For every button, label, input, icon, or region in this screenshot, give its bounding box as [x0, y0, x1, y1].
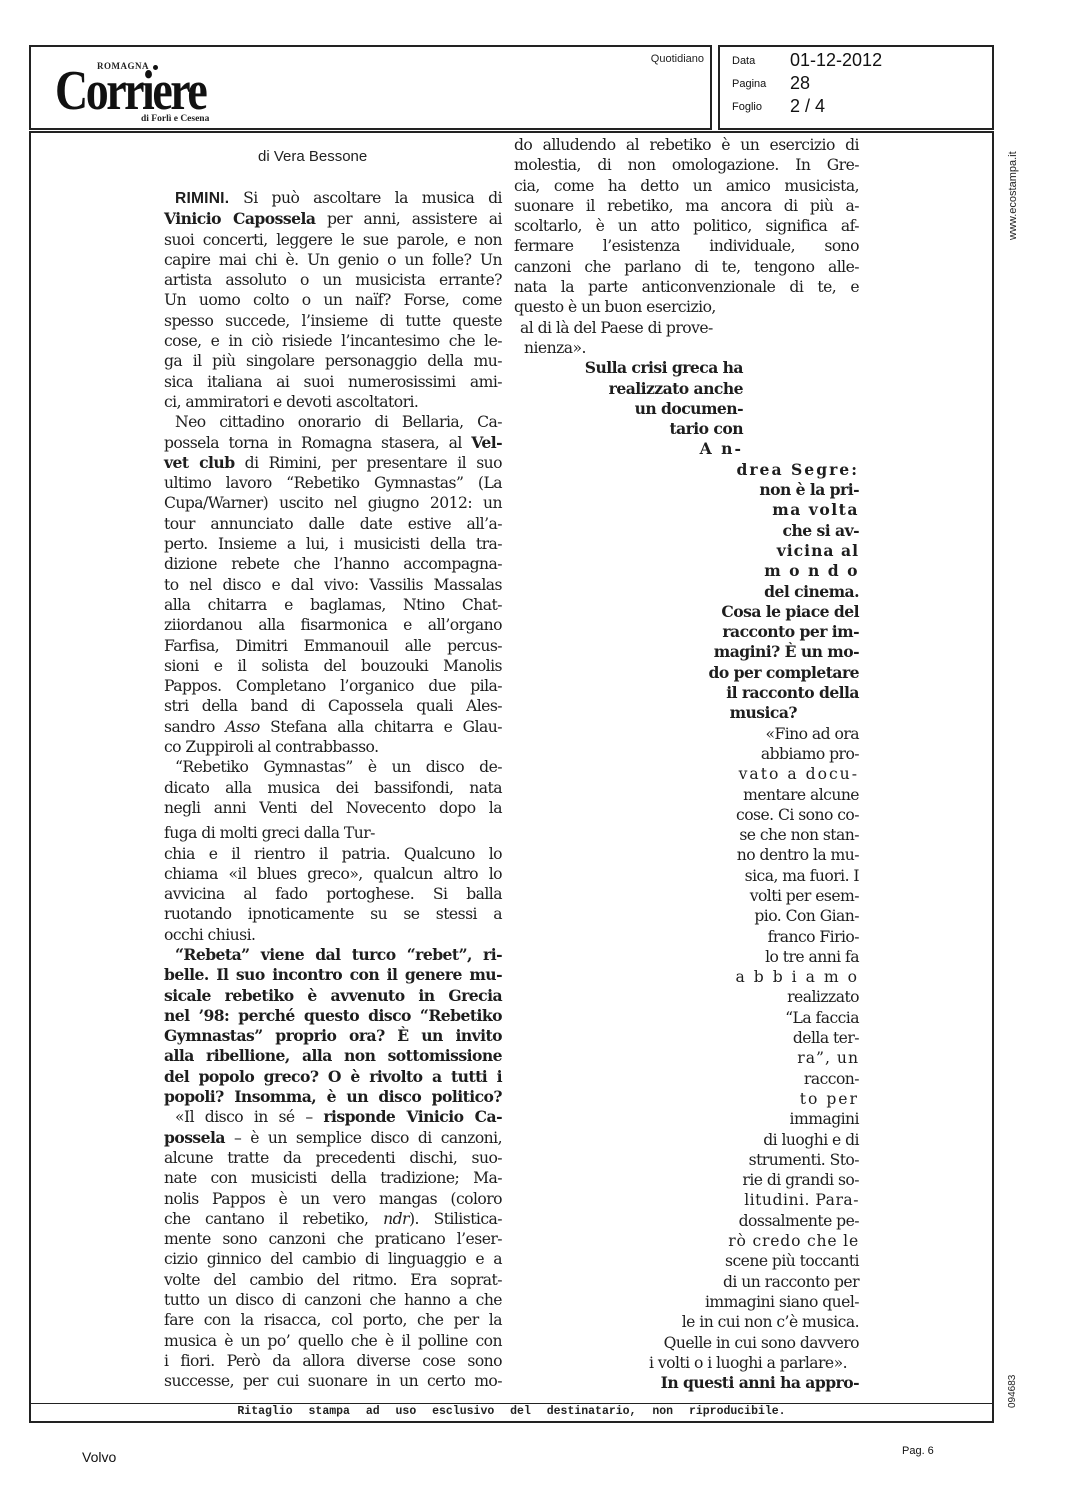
text-line: rò credo che le — [514, 1231, 859, 1251]
text-line: to nel disco e dal vivo: Vassilis Massal… — [164, 575, 502, 595]
text-line: artista assoluto o un musicista errante? — [164, 270, 502, 290]
question-line: Gymnastas” proprio ora? È un invito — [164, 1026, 502, 1046]
article-column-2: do alludendo al rebetiko è un esercizio … — [514, 135, 859, 1393]
text-line: abbiamo pro- — [514, 744, 859, 764]
text-line: ga il più singolare personaggio della mu… — [164, 351, 502, 371]
question-line: realizzato anche — [514, 379, 743, 399]
text-line: dossalmente pe- — [514, 1211, 859, 1231]
text-line: scoltarlo, è un atto politico, significa… — [514, 216, 859, 236]
text-line: Neo cittadino onorario di Bellaria, Ca- — [164, 412, 502, 432]
text-line: mente sono canzoni che praticano l’eser- — [164, 1229, 502, 1249]
side-code: 094683 — [1007, 1375, 1018, 1408]
text-line: chiama «il blues greco», qualcun altro l… — [164, 864, 502, 884]
text-line: pio. Con Gian- — [514, 906, 859, 926]
logo-main: Corriere — [55, 63, 205, 119]
text-line: canzoni che parlano di te, tengono alle- — [514, 257, 859, 277]
text-line: fuga di molti greci dalla Tur- — [164, 823, 502, 843]
text-line: sica, ma fuori. I — [514, 866, 859, 886]
meta-sheet: Foglio2 / 4 — [732, 96, 825, 117]
text-line: a b b i a m o — [514, 967, 859, 987]
text-line: volte del cambio del ritmo. Era soprat- — [164, 1270, 502, 1290]
text-line: possela – è un semplice disco di canzoni… — [164, 1128, 502, 1148]
logo-dot-icon — [153, 65, 158, 70]
text-line: possela torna in Romagna stasera, al Vel… — [164, 433, 502, 453]
clipping-notice: Ritaglio stampa ad uso esclusivo del des… — [31, 1403, 992, 1421]
text-line: raccon- — [514, 1069, 859, 1089]
question-line: drea Segre: — [514, 460, 859, 480]
text-line: litudini. Para- — [514, 1190, 859, 1210]
text-line: stri della band di Capossela quali Ales- — [164, 696, 502, 716]
text-line: i fiori. Però da allora diverse cose son… — [164, 1351, 502, 1371]
text-line: ra”, un — [514, 1048, 859, 1068]
text-line: cose, e in ciò risiede l’incantesimo che… — [164, 331, 502, 351]
text-line: molestia, di non omologazione. In Gre- — [514, 155, 859, 175]
text-line: franco Firio- — [514, 927, 859, 947]
meta-box: Data01-12-2012 Pagina28 Foglio2 / 4 — [718, 45, 994, 130]
question-line: ma volta — [514, 500, 859, 520]
text-line: «Il disco in sé – risponde Vinicio Ca- — [164, 1107, 502, 1127]
text-line: di un racconto per — [514, 1272, 859, 1292]
newspaper-logo: Corriere ROMAGNA di Forlì e Cesena — [55, 59, 255, 129]
text-line: alcune tratte da precedenti dischi, suo- — [164, 1148, 502, 1168]
text-line: vet club di Rimini, per presentare il su… — [164, 453, 502, 473]
text-line: perto. Insieme a lui, i musicisti della … — [164, 534, 502, 554]
text-line: Cupa/Warner) uscito nel giugno 2012: un — [164, 493, 502, 513]
publication-type: Quotidiano — [651, 53, 704, 65]
text-line: “La faccia — [514, 1008, 859, 1028]
question-line: musica? — [514, 703, 859, 723]
text-line: cizio ginnico del cambio di linguaggio e… — [164, 1249, 502, 1269]
article-column-1: RIMINI. Si può ascoltare la musica di Vi… — [164, 188, 502, 1392]
text-line: Quelle in cui sono davvero — [514, 1333, 859, 1353]
text-line: mentare alcune — [514, 785, 859, 805]
text-line: rie di grandi so- — [514, 1170, 859, 1190]
masthead-box: Corriere ROMAGNA di Forlì e Cesena Quoti… — [29, 45, 712, 130]
question-line: do per completare — [514, 663, 859, 683]
text-line: volti per esem- — [514, 886, 859, 906]
text-line: alla chitarra e baglamas, Ntino Chat- — [164, 595, 502, 615]
question-line: del cinema. — [514, 582, 859, 602]
text-line: dicato alla musica dei bassifondi, nata — [164, 778, 502, 798]
meta-date: Data01-12-2012 — [732, 50, 882, 71]
question-line: che si av- — [514, 521, 859, 541]
text-line: successe, per cui suonare in un certo mo… — [164, 1371, 502, 1391]
text-line: fermare l’esistenza individuale, sono — [514, 236, 859, 256]
question-line: A n- — [514, 439, 743, 459]
question-line: Cosa le piace del — [514, 602, 859, 622]
text-line: RIMINI. Si può ascoltare la musica di — [164, 188, 502, 209]
byline: di Vera Bessone — [258, 148, 367, 165]
text-line: questo è un buon esercizio, — [514, 297, 859, 317]
text-line: Vinicio Capossela per anni, assistere ai — [164, 209, 502, 229]
question-line: “Rebeta” viene dal turco “rebet”, ri- — [164, 945, 502, 965]
question-line: belle. Il suo incontro con il genere mu- — [164, 965, 502, 985]
text-line: ci, ammiratori e devoti ascoltatori. — [164, 392, 502, 412]
text-line: do alludendo al rebetiko è un esercizio … — [514, 135, 859, 155]
question-line: alla ribellione, alla non sottomissione — [164, 1046, 502, 1066]
question-line: racconto per im- — [514, 622, 859, 642]
page-number: Pag. 6 — [902, 1445, 934, 1457]
text-line: Un uomo colto o un naïf? Forse, come — [164, 290, 502, 310]
question-line: magini? È un mo- — [514, 642, 859, 662]
text-line: ziiordanou alla fisarmonica e all’organo — [164, 615, 502, 635]
text-line: sandro Asso Stefana alla chitarra e Glau… — [164, 717, 502, 737]
text-line: scene più toccanti — [514, 1251, 859, 1271]
text-line: chia e il rientro il patria. Qualcuno lo — [164, 844, 502, 864]
text-line: lo tre anni fa — [514, 947, 859, 967]
question-line: il racconto della — [514, 683, 859, 703]
text-line: di luoghi e di — [514, 1130, 859, 1150]
question-line: vicina al — [514, 541, 859, 561]
text-line: immagini siano quel- — [514, 1292, 859, 1312]
text-line: negli anni Venti del Novecento dopo la — [164, 798, 502, 818]
text-line: Farfisa, Dimitri Emmanouil alle percus- — [164, 636, 502, 656]
text-line: della ter- — [514, 1028, 859, 1048]
text-line: co Zuppiroli al contrabbasso. — [164, 737, 502, 757]
text-line: nienza». — [514, 338, 859, 358]
text-line: cose. Ci sono co- — [514, 805, 859, 825]
text-line: “Rebetiko Gymnastas” è un disco de- — [164, 757, 502, 777]
text-line: suonare il rebetiko, ma ancora di più a- — [514, 196, 859, 216]
logo-sub: di Forlì e Cesena — [141, 114, 209, 124]
text-line: le in cui non c’è musica. — [514, 1312, 859, 1332]
text-line: occhi chiusi. — [164, 925, 502, 945]
question-line: m o n d o — [514, 561, 859, 581]
text-line: nate con musicisti della tradizione; Ma- — [164, 1168, 502, 1188]
question-line: popoli? Insomma, è un disco politico? — [164, 1087, 502, 1107]
text-line: ruotando ipnoticamente su se stessi a — [164, 904, 502, 924]
question-line: nel ’98: perché questo disco “Rebetiko — [164, 1006, 502, 1026]
text-line: nata la parte anticonvenzionale di te, e — [514, 277, 859, 297]
text-line: i volti o i luoghi a parlare». — [514, 1353, 859, 1373]
question-line: tario con — [514, 419, 743, 439]
text-line: strumenti. Sto- — [514, 1150, 859, 1170]
text-line: no dentro la mu- — [514, 845, 859, 865]
text-line: tutto un disco di canzoni che hanno a ch… — [164, 1290, 502, 1310]
text-line: spesso succede, l’insieme di tutte quest… — [164, 311, 502, 331]
text-line: nolis Pappos è un vero mangas (coloro — [164, 1189, 502, 1209]
text-line: avvicina al fado portoghese. Si balla — [164, 884, 502, 904]
text-line: ultimo lavoro “Rebetiko Gymnastas” (La — [164, 473, 502, 493]
text-line: immagini — [514, 1109, 859, 1129]
meta-page: Pagina28 — [732, 73, 810, 94]
text-line: realizzato — [514, 987, 859, 1007]
text-line: suoi concerti, leggere le sue parole, e … — [164, 230, 502, 250]
text-line: se che non stan- — [514, 825, 859, 845]
question-line: sicale rebetiko è avvenuto in Grecia — [164, 986, 502, 1006]
text-line: dizione rebete che l’hanno accompagna- — [164, 554, 502, 574]
text-line: vato a docu- — [514, 764, 859, 784]
text-line: sica italiana ai suoi numerosissimi ami- — [164, 372, 502, 392]
question-line: In questi anni ha appro- — [514, 1373, 859, 1393]
text-line: capire mai chi è. Un genio o un folle? U… — [164, 250, 502, 270]
question-line: un documen- — [514, 399, 743, 419]
text-line: musica è un po’ quello che è il polline … — [164, 1331, 502, 1351]
text-line: cia, come ha detto un amico musicista, — [514, 176, 859, 196]
question-line: Sulla crisi greca ha — [514, 358, 743, 378]
client-name: Volvo — [82, 1449, 116, 1465]
text-line: fare con la risacca, col porto, che per … — [164, 1310, 502, 1330]
text-line: to per — [514, 1089, 859, 1109]
text-line: «Fino ad ora — [514, 724, 859, 744]
question-line: del popolo greco? O è rivolto a tutti i — [164, 1067, 502, 1087]
text-line: sioni e il solista del bouzouki Manolis — [164, 656, 502, 676]
question-line: non è la pri- — [514, 480, 859, 500]
text-line: tour annunciato dalle date estive all’a- — [164, 514, 502, 534]
side-url: www.ecostampa.it — [1007, 151, 1019, 240]
logo-top: ROMAGNA — [97, 61, 149, 71]
text-line: che cantano il rebetiko, ndr). Stilistic… — [164, 1209, 502, 1229]
text-line: Pappos. Completano l’organico due pila- — [164, 676, 502, 696]
text-line: al di là del Paese di prove- — [514, 318, 859, 338]
